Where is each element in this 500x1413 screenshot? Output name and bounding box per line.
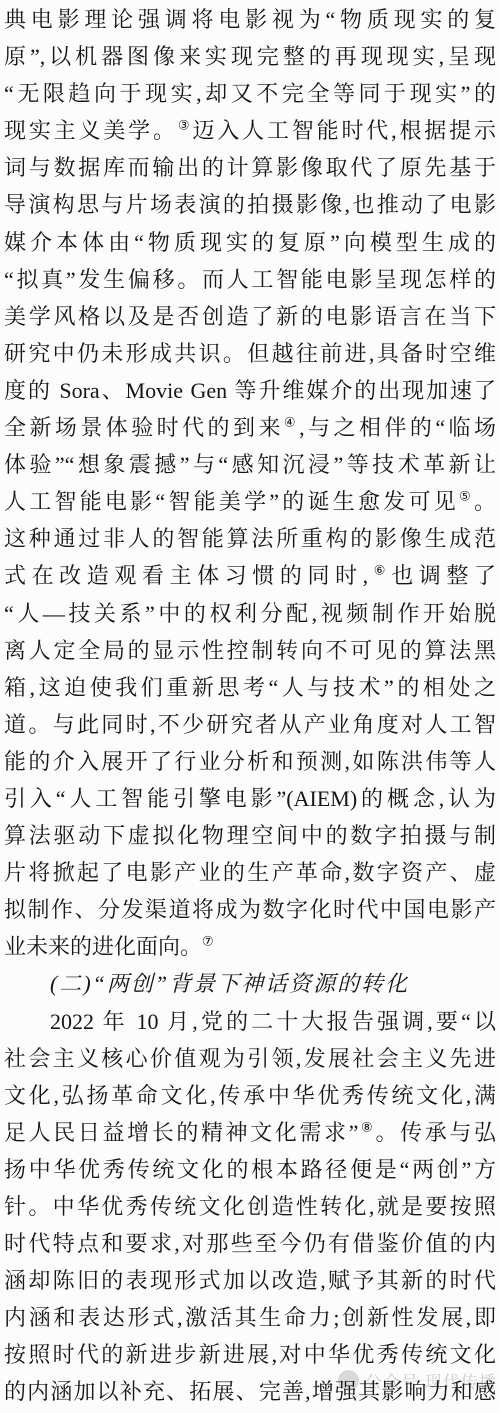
text-line: 能的介入展开了行业分析和预测,如陈洪伟等人 <box>4 743 496 780</box>
text-line: 体验”“想象震撼”与“感知沉浸”等技术革新让 <box>4 446 496 483</box>
text-line: 拟制作、分发渠道将成为数字化时代中国电影产 <box>4 891 496 928</box>
text-line: 引入“人工智能引擎电影”(AIEM)的概念,认为 <box>4 780 496 817</box>
text-line: 道。与此同时,不少研究者从产业角度对人工智 <box>4 706 496 743</box>
text-line: 词与数据库而输出的计算影像取代了原先基于 <box>4 149 496 186</box>
text-line: 全新场景体验时代的到来④,与之相伴的“临场 <box>4 409 496 446</box>
text-line: 美学风格以及是否创造了新的电影语言在当下 <box>4 298 496 335</box>
text-line: 时代特点和要求,对那些至今仍有借鉴价值的内 <box>4 1225 496 1262</box>
footnote-marker: ⑤ <box>459 489 474 504</box>
footnote-marker: ⑦ <box>202 934 214 949</box>
text-line: 原”,以机器图像来实现完整的再现现实,呈现 <box>4 38 496 75</box>
text-line: 文化,弘扬革命文化,传承中华优秀传统文化,满 <box>4 1077 496 1114</box>
text-line: 内涵和表达形式,激活其生命力;创新性发展,即 <box>4 1299 496 1336</box>
text-line: 按照时代的新进步新进展,对中华优秀传统文化 <box>4 1336 496 1373</box>
text-line: 离人定全局的显示性控制转向不可见的算法黑 <box>4 632 496 669</box>
text-line: “拟真”发生偏移。而人工智能电影呈现怎样的 <box>4 261 496 298</box>
text-line: 涵却陈旧的表现形式加以改造,赋予其新的时代 <box>4 1262 496 1299</box>
text-line: 箱,这迫使我们重新思考“人与技术”的相处之 <box>4 669 496 706</box>
text-line: 片将掀起了电影产业的生产革命,数字资产、虚 <box>4 854 496 891</box>
text-line: 业未来的进化面向。⑦ <box>4 928 496 965</box>
text-line: 这种通过非人的智能算法所重构的影像生成范 <box>4 520 496 557</box>
text-line: 式在改造观看主体习惯的同时,⑥也调整了 <box>4 557 496 594</box>
text-line: 研究中仍未形成共识。但越往前进,具备时空维 <box>4 335 496 372</box>
text-line: “无限趋向于现实,却又不完全等同于现实”的 <box>4 75 496 112</box>
text-line: 现实主义美学。③迈入人工智能时代,根据提示 <box>4 112 496 149</box>
text-line: 度的 Sora、Movie Gen 等升维媒介的出现加速了 <box>4 372 496 409</box>
text-line: 典电影理论强调将电影视为“物质现实的复 <box>4 1 496 38</box>
footnote-marker: ⑧ <box>358 1119 375 1134</box>
text-line: 2022 年 10 月,党的二十大报告强调,要“以 <box>4 1003 496 1040</box>
text-line: 社会主义核心价值观为引领,发展社会主义先进 <box>4 1040 496 1077</box>
text-line: 扬中华优秀传统文化的根本路径便是“两创”方 <box>4 1151 496 1188</box>
text-line: 的内涵加以补充、拓展、完善,增强其影响力和感 <box>4 1373 496 1410</box>
text-line: 人工智能电影“智能美学”的诞生愈发可见⑤。 <box>4 483 496 520</box>
text-line: 媒介本体由“物质现实的复原”向模型生成的 <box>4 224 496 261</box>
text-column: 典电影理论强调将电影视为“物质现实的复原”,以机器图像来实现完整的再现现实,呈现… <box>0 0 500 1411</box>
footnote-marker: ③ <box>178 118 193 133</box>
section-subheading: (二)“两创”背景下神话资源的转化 <box>4 965 496 1002</box>
text-line: 足人民日益增长的精神文化需求”⑧。传承与弘 <box>4 1114 496 1151</box>
footnote-marker: ④ <box>284 415 299 430</box>
text-line: “人—技关系”中的权利分配,视频制作开始脱 <box>4 595 496 632</box>
footnote-marker: ⑥ <box>368 563 391 578</box>
text-line: 算法驱动下虚拟化物理空间中的数字拍摄与制 <box>4 817 496 854</box>
text-line: 针。中华优秀传统文化创造性转化,就是要按照 <box>4 1188 496 1225</box>
document-page: 公众号 现代传播 典电影理论强调将电影视为“物质现实的复原”,以机器图像来实现完… <box>0 0 500 1413</box>
text-line: 导演构思与片场表演的拍摄影像,也推动了电影 <box>4 186 496 223</box>
